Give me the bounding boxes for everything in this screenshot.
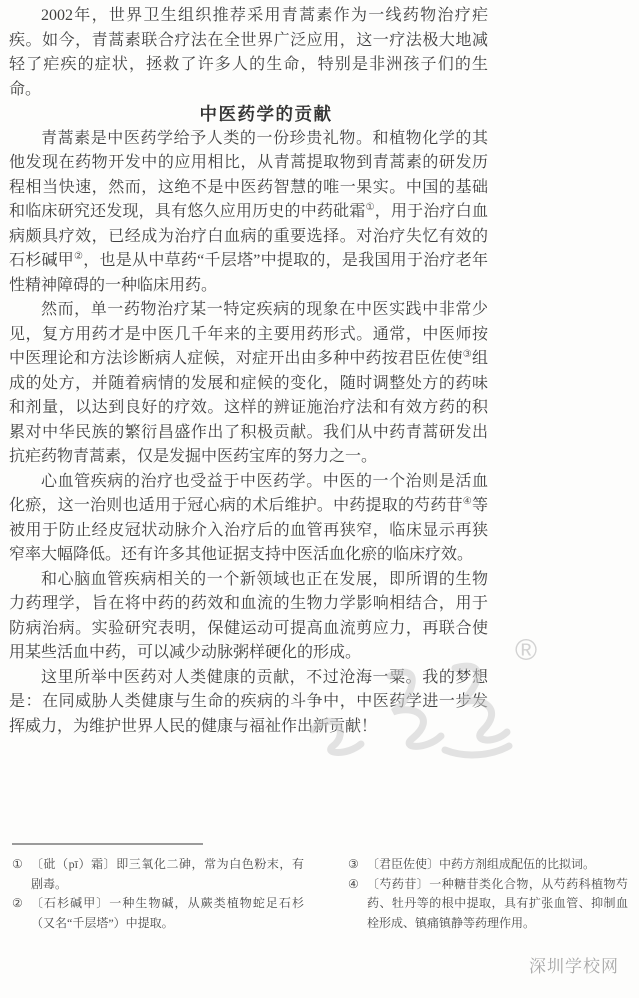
footnote-text: 〔芍药苷〕一种糖苷类化合物，从芍药科植物芍药、牡丹等的根中提取，具有扩张血管、抑…	[367, 877, 628, 930]
footnote-item: ④ 〔芍药苷〕一种糖苷类化合物，从芍药科植物芍药、牡丹等的根中提取，具有扩张血管…	[348, 875, 628, 934]
footnote-divider	[12, 843, 203, 845]
paragraph-biomechanopharmacology: 和心脑血管疾病相关的一个新领域也正在发展，即所谓的生物力药理学，旨在将中药的药效…	[9, 568, 488, 666]
paragraph-cardiovascular: 心血管疾病的治疗也受益于中医药学。中医的一个治则是活血化瘀，这一治则也适用于冠心…	[9, 470, 488, 568]
paragraph-conclusion: 这里所举中医药对人类健康的贡献，不过沧海一粟。我的梦想是：在同威胁人类健康与生命…	[9, 666, 488, 740]
article-body: 2002年，世界卫生组织推荐采用青蒿素作为一线药物治疗疟疾。如今，青蒿素联合疗法…	[9, 4, 488, 739]
footnote-text: 〔君臣佐使〕中药方剂组成配伍的比拟词。	[367, 857, 595, 871]
section-title: 中医药学的贡献	[9, 102, 488, 127]
footnote-marker: ③	[348, 855, 359, 875]
site-watermark: 深圳学校网	[529, 952, 619, 977]
footnote-marker: ①	[12, 855, 23, 875]
footnote-column-right: ③ 〔君臣佐使〕中药方剂组成配伍的比拟词。 ④ 〔芍药苷〕一种糖苷类化合物，从芍…	[348, 855, 628, 933]
registered-trademark-icon: ®	[515, 634, 537, 668]
footnote-text: 〔石杉碱甲〕一种生物碱，从蕨类植物蛇足石杉（又名“千层塔”）中提取。	[31, 896, 304, 930]
footnote-marker: ②	[12, 894, 23, 914]
footnote-column-left: ① 〔砒（pī）霜〕即三氧化二砷，常为白色粉末，有剧毒。 ② 〔石杉碱甲〕一种生…	[12, 855, 304, 933]
footnote-item: ③ 〔君臣佐使〕中药方剂组成配伍的比拟词。	[348, 855, 628, 875]
footnote-text: 〔砒（pī）霜〕即三氧化二砷，常为白色粉末，有剧毒。	[31, 857, 304, 891]
paragraph-compound-prescription: 然而，单一药物治疗某一特定疾病的现象在中医实践中非常少见，复方用药才是中医几千年…	[9, 298, 488, 470]
footnote-item: ② 〔石杉碱甲〕一种生物碱，从蕨类植物蛇足石杉（又名“千层塔”）中提取。	[12, 894, 304, 933]
paragraph-intro: 2002年，世界卫生组织推荐采用青蒿素作为一线药物治疗疟疾。如今，青蒿素联合疗法…	[9, 4, 488, 102]
footnote-marker: ④	[348, 875, 359, 895]
paragraph-artemisinin-gift: 青蒿素是中医药学给予人类的一份珍贵礼物。和植物化学的其他发现在药物开发中的应用相…	[9, 127, 488, 299]
scanned-document-page: 2002年，世界卫生组织推荐采用青蒿素作为一线药物治疗疟疾。如今，青蒿素联合疗法…	[0, 0, 639, 998]
footnotes-section: ① 〔砒（pī）霜〕即三氧化二砷，常为白色粉末，有剧毒。 ② 〔石杉碱甲〕一种生…	[12, 855, 628, 933]
footnote-item: ① 〔砒（pī）霜〕即三氧化二砷，常为白色粉末，有剧毒。	[12, 855, 304, 894]
